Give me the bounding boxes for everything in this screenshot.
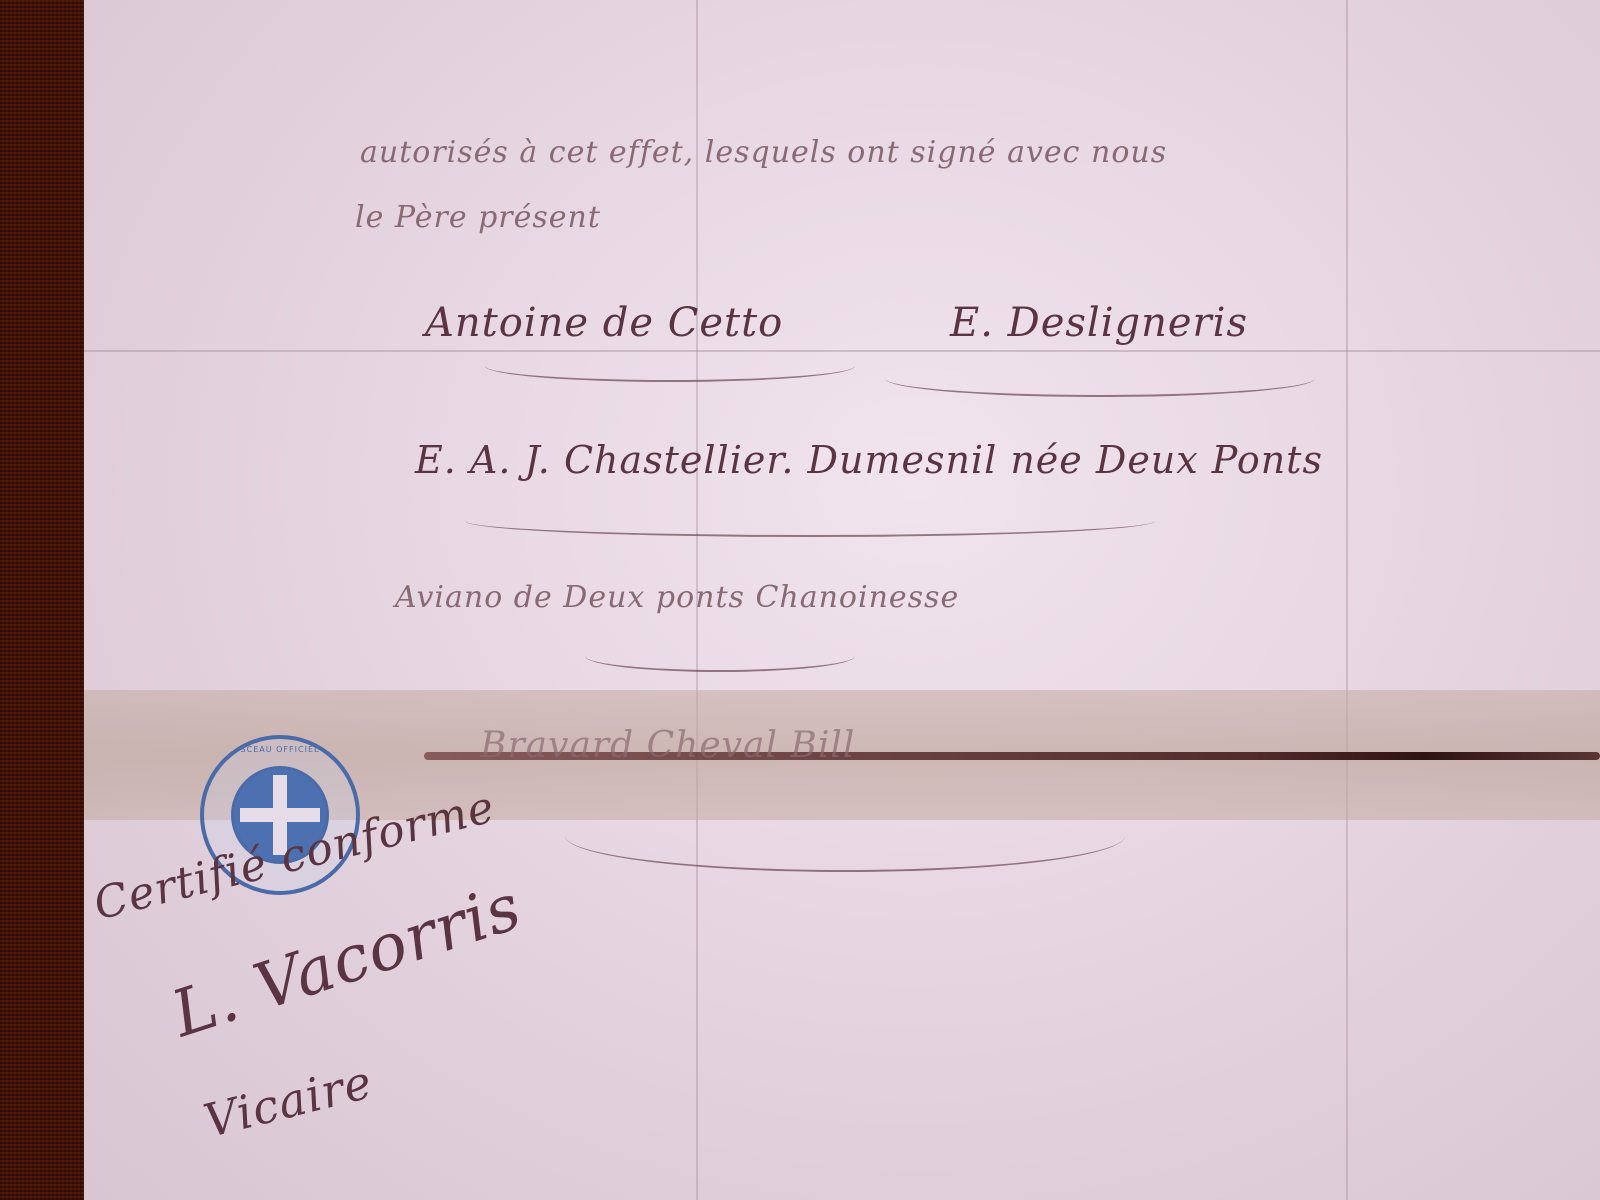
signature-under-tape: Bravard Cheval Bill: [480, 725, 855, 766]
signature-chanoinesse: Aviano de Deux ponts Chanoinesse: [395, 580, 959, 615]
signature-desligneris: E. Desligneris: [950, 300, 1248, 346]
fabric-background: [0, 0, 90, 1200]
signature-flourish: [465, 505, 1155, 537]
text-line-1: autorisés à cet effet, lesquels ont sign…: [360, 135, 1167, 170]
signature-flourish: [585, 640, 855, 672]
signature-chastellier: E. A. J. Chastellier. Dumesnil née Deux …: [415, 438, 1323, 482]
fold-line-horizontal: [84, 350, 1600, 352]
fold-line-vertical: [1346, 0, 1348, 1200]
signature-flourish: [565, 800, 1125, 872]
signature-flourish: [485, 350, 855, 382]
signature-flourish: [885, 360, 1315, 397]
signature-antoine-de-cetto: Antoine de Cetto: [425, 300, 783, 346]
stamp-text: SCEAU OFFICIEL: [204, 745, 356, 754]
text-line-2: le Père présent: [355, 200, 601, 235]
